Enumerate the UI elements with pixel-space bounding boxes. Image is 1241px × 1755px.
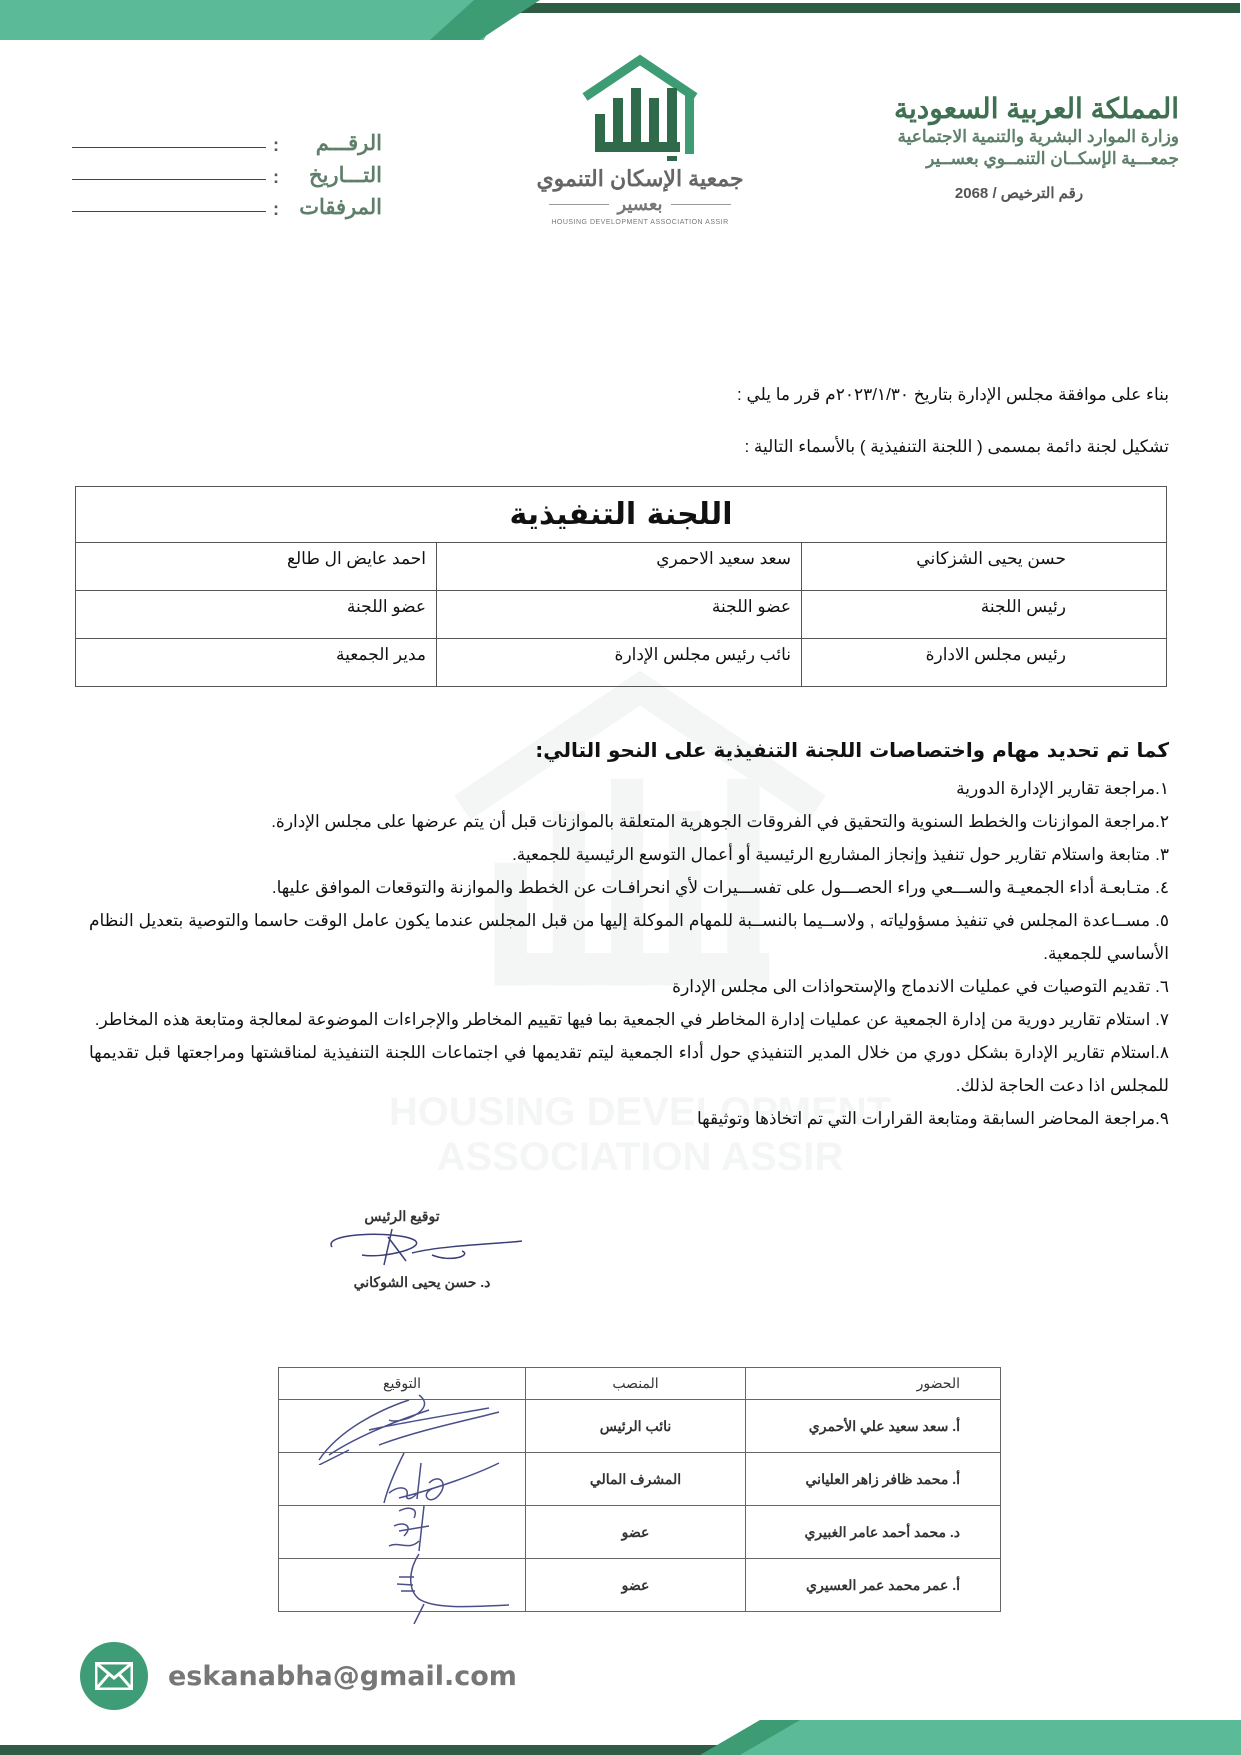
list-item: ٤. متـابعـة أداء الجمعيـة والســـعي وراء… (89, 871, 1169, 904)
license-number: رقم الترخيص / 2068 (819, 184, 1179, 202)
house-logo-icon (575, 52, 705, 162)
list-item: ٥. مســاعدة المجلس في تنفيذ مسؤولياته , … (89, 904, 1169, 970)
member-committee-role: عضو اللجنة (437, 591, 802, 639)
member-name: حسن يحيى الشزكاني (802, 543, 1167, 591)
logo-english-name: HOUSING DEVELOPMENT ASSOCIATION ASSIR (520, 219, 760, 226)
list-item: ٩.مراجعة المحاضر السابقة ومتابعة القرارا… (89, 1102, 1169, 1135)
ref-number-field[interactable] (72, 130, 266, 148)
member-board-role: مدير الجمعية (76, 639, 437, 687)
table-row: رئيس مجلس الادارة نائب رئيس مجلس الإدارة… (76, 639, 1167, 687)
member-name: احمد عايض ال طالع (76, 543, 437, 591)
footer-contact: eskanabha@gmail.com (80, 1642, 517, 1710)
association-title: جمعـــية الإسكــان التنمــوي بعســير (819, 148, 1179, 170)
ref-number-label: الرقـــم (286, 131, 382, 156)
attendee-position: نائب الرئيس (526, 1400, 746, 1453)
ref-date-field[interactable] (72, 162, 266, 180)
attendee-position: المشرف المالي (526, 1453, 746, 1506)
attendee-name: أ. عمر محمد عمر العسيري (746, 1559, 1001, 1612)
association-logo: جمعية الإسكان التنموي بعسير HOUSING DEVE… (520, 52, 760, 226)
list-item: ١.مراجعة تقارير الإدارة الدورية (89, 772, 1169, 805)
member-name: سعد سعيد الاحمري (437, 543, 802, 591)
kingdom-title: المملكة العربية السعودية (819, 92, 1179, 126)
ref-date-label: التـــاريخ (286, 163, 382, 188)
attendee-name: أ. محمد ظافر زاهر العلياني (746, 1453, 1001, 1506)
ref-attachments-label: المرفقات (286, 195, 382, 220)
member-board-role: رئيس مجلس الادارة (802, 639, 1167, 687)
table-row: أ. عمر محمد عمر العسيري عضو (279, 1559, 1001, 1612)
mail-icon (80, 1642, 148, 1710)
bottom-decorative-bar-light (740, 1720, 1241, 1755)
member-committee-role: عضو اللجنة (76, 591, 437, 639)
intro-formation-text: تشكيل لجنة دائمة بمسمى ( اللجنة التنفيذي… (69, 437, 1169, 457)
ref-date-row: التـــاريخ : (72, 156, 382, 188)
duties-list: ١.مراجعة تقارير الإدارة الدورية ٢.مراجعة… (89, 772, 1169, 1135)
handwritten-signature-icon (289, 1549, 509, 1624)
logo-city: بعسير (617, 194, 662, 215)
bottom-decorative-bar-dark (0, 1745, 740, 1755)
divider (549, 204, 609, 205)
intro-decision-text: بناء على موافقة مجلس الإدارة بتاريخ ٢٠٢٣… (69, 385, 1169, 405)
header-attendees: الحضور (746, 1368, 1001, 1400)
committee-table-title: اللجنة التنفيذية (76, 487, 1167, 543)
president-signature-block: توقيع الرئيس د. حسن يحيى الشوكاني (322, 1208, 522, 1291)
table-row: حسن يحيى الشزكاني سعد سعيد الاحمري احمد … (76, 543, 1167, 591)
contact-email[interactable]: eskanabha@gmail.com (168, 1661, 517, 1692)
president-signature-label: توقيع الرئيس (322, 1208, 482, 1225)
committee-table: اللجنة التنفيذية حسن يحيى الشزكاني سعد س… (75, 486, 1167, 687)
ministry-title: وزارة الموارد البشرية والتنمية الاجتماعي… (819, 126, 1179, 148)
ministry-header: المملكة العربية السعودية وزارة الموارد ا… (819, 92, 1179, 202)
logo-arabic-name: جمعية الإسكان التنموي (520, 166, 760, 192)
ref-attachments-row: المرفقات : (72, 188, 382, 220)
ref-attachments-field[interactable] (72, 194, 266, 212)
attendee-position: عضو (526, 1506, 746, 1559)
list-item: ٧. استلام تقارير دورية من إدارة الجمعية … (89, 1003, 1169, 1036)
divider (671, 204, 731, 205)
president-name: د. حسن يحيى الشوكاني (322, 1274, 522, 1291)
handwritten-signature-icon (322, 1225, 522, 1269)
header-position: المنصب (526, 1368, 746, 1400)
attendee-position: عضو (526, 1559, 746, 1612)
attendee-name: د. محمد أحمد عامر الغبيري (746, 1506, 1001, 1559)
attendee-name: أ. سعد سعيد علي الأحمري (746, 1400, 1001, 1453)
member-committee-role: رئيس اللجنة (802, 591, 1167, 639)
member-board-role: نائب رئيس مجلس الإدارة (437, 639, 802, 687)
duties-heading: كما تم تحديد مهام واختصاصات اللجنة التنف… (535, 738, 1169, 762)
ref-number-row: الرقـــم : (72, 124, 382, 156)
table-row: رئيس اللجنة عضو اللجنة عضو اللجنة (76, 591, 1167, 639)
list-item: ٨.استلام تقارير الإدارة بشكل دوري من خلا… (89, 1036, 1169, 1102)
attendee-signature-cell (279, 1559, 526, 1612)
list-item: ٣. متابعة واستلام تقارير حول تنفيذ وإنجا… (89, 838, 1169, 871)
envelope-icon (95, 1662, 133, 1690)
attendance-table: الحضور المنصب التوقيع أ. سعد سعيد علي ال… (278, 1367, 1001, 1612)
list-item: ٦. تقديم التوصيات في عمليات الاندماج وال… (89, 970, 1169, 1003)
reference-fields: الرقـــم : التـــاريخ : المرفقات : (72, 124, 382, 220)
list-item: ٢.مراجعة الموازنات والخطط السنوية والتحق… (89, 805, 1169, 838)
